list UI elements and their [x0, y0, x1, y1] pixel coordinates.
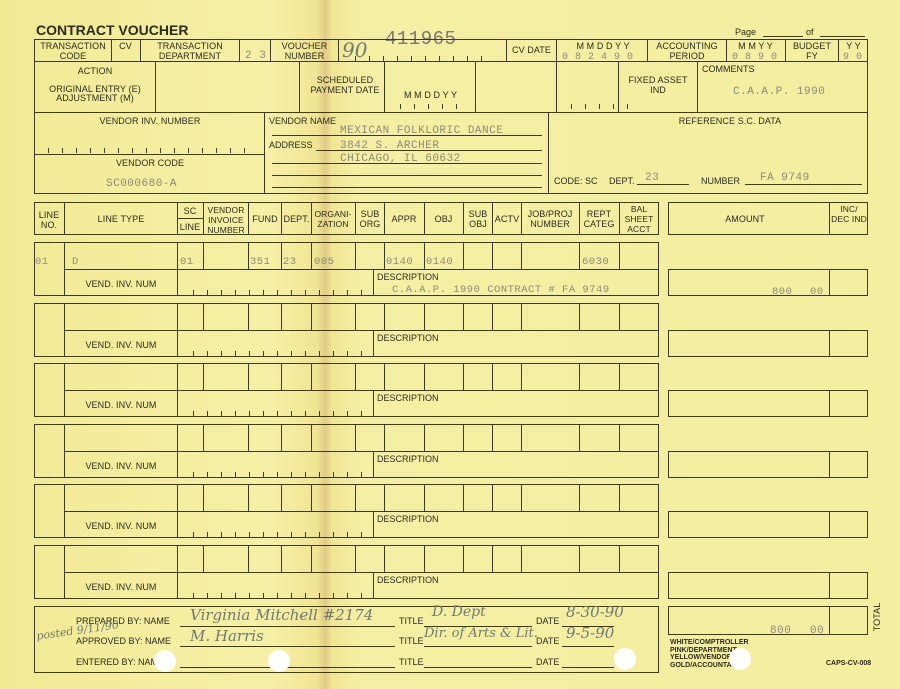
- transaction-code-label: TRANSACTION CODE: [36, 41, 110, 61]
- header-actv: ACTV: [493, 214, 521, 224]
- approved-date-value: 9-5-90: [566, 624, 614, 642]
- vend-inv-num-label: VEND. INV. NUM: [66, 400, 176, 410]
- scheduled-payment-date-format: M M D D Y Y: [388, 90, 473, 100]
- amount-dollars[interactable]: 800: [772, 286, 792, 298]
- scheduled-payment-date-field[interactable]: [400, 104, 470, 109]
- prepared-title-value: D. Dept: [432, 604, 486, 620]
- header-organization: ORGANI- ZATION: [312, 209, 354, 229]
- fixed-asset-ind-label: FIXED ASSET IND: [622, 75, 694, 95]
- inc-dec-field[interactable]: [832, 333, 866, 355]
- scheduled-payment-date-label: SCHEDULED PAYMENT DATE: [305, 75, 385, 95]
- inc-dec-field[interactable]: [832, 575, 866, 597]
- description-field[interactable]: C.A.A.P. 1990 CONTRACT # FA 9749: [392, 284, 610, 296]
- header-fund: FUND: [249, 214, 281, 224]
- header-line-no: LINE NO.: [35, 210, 63, 230]
- vendor-code-label: VENDOR CODE: [36, 158, 264, 168]
- header-rept-categ: REPT CATEG: [580, 209, 618, 229]
- header-obj: OBJ: [425, 214, 462, 224]
- cell-line-no[interactable]: 01: [35, 256, 49, 268]
- description-label: DESCRIPTION: [377, 333, 439, 343]
- vend-inv-num-label: VEND. INV. NUM: [66, 582, 176, 592]
- vend-inv-num-field[interactable]: [193, 593, 363, 598]
- vend-inv-num-field[interactable]: [193, 351, 363, 356]
- vendor-code-field[interactable]: SC000680-A: [106, 178, 177, 190]
- vendor-inv-number-label: VENDOR INV. NUMBER: [36, 116, 264, 126]
- header-sc-line: LINE: [178, 222, 202, 232]
- address-label: ADDRESS: [269, 140, 313, 150]
- description-label: DESCRIPTION: [377, 575, 439, 585]
- address-line4-field[interactable]: [272, 187, 542, 188]
- entered-title-label: TITLE: [399, 657, 424, 667]
- approved-title-field[interactable]: [424, 646, 532, 647]
- accounting-period-label: ACCOUNTING PERIOD: [649, 41, 725, 61]
- approved-by-name-field[interactable]: [180, 646, 395, 647]
- total-dollars: 800: [770, 625, 791, 637]
- cv-date-format: M M D D Y Y: [558, 41, 648, 51]
- page-label: Page: [735, 27, 756, 37]
- form-title: CONTRACT VOUCHER: [36, 22, 188, 38]
- header-dept: DEPT.: [282, 214, 311, 224]
- action-label: ACTION: [36, 66, 154, 76]
- cell-obj[interactable]: 0140: [426, 256, 453, 268]
- page-number-field[interactable]: [763, 36, 803, 37]
- approved-by-label: APPROVED BY: NAME: [76, 636, 171, 646]
- approved-title-label: TITLE: [399, 636, 424, 646]
- entered-by-label: ENTERED BY: NAME: [76, 657, 164, 667]
- header-sc: SC: [178, 206, 202, 216]
- form-code: CAPS-CV-008: [826, 660, 871, 667]
- budget-fy-format: Y Y: [839, 41, 868, 51]
- total-box: [668, 606, 868, 635]
- total-cents: 00: [810, 625, 824, 637]
- inc-dec-field[interactable]: [832, 272, 866, 294]
- cell-line-type[interactable]: D: [72, 256, 79, 268]
- approved-date-label: DATE: [536, 636, 559, 646]
- fixed-asset-field[interactable]: [571, 104, 631, 109]
- punch-hole: [268, 650, 290, 672]
- header-line-type: LINE TYPE: [66, 214, 176, 224]
- description-label: DESCRIPTION: [377, 454, 439, 464]
- header-inc-dec-ind: INC/ DEC IND: [830, 204, 868, 224]
- cell-fund[interactable]: 351: [250, 256, 270, 268]
- vendor-inv-number-field[interactable]: [48, 148, 253, 153]
- action-field[interactable]: [160, 65, 300, 109]
- comments-field[interactable]: C.A.A.P. 1990: [733, 86, 825, 98]
- cv-date-label: CV DATE: [508, 45, 555, 55]
- transaction-department-label: TRANSACTION DEPARTMENT: [142, 41, 238, 61]
- description-label: DESCRIPTION: [377, 514, 439, 524]
- header-vendor-invoice-number: VENDOR INVOICE NUMBER: [204, 205, 248, 235]
- approved-date-field[interactable]: [562, 646, 614, 647]
- inc-dec-field[interactable]: [832, 454, 866, 476]
- vend-inv-num-field[interactable]: [193, 290, 363, 295]
- cell-appr[interactable]: 0140: [386, 256, 413, 268]
- code-sc-label: CODE: SC: [554, 176, 598, 186]
- prepared-date-label: DATE: [536, 616, 559, 626]
- prepared-date-value: 8-30-90: [566, 603, 624, 621]
- vendor-name-label: VENDOR NAME: [269, 116, 336, 126]
- punch-hole: [154, 650, 176, 672]
- copy-white: WHITE/COMPTROLLER: [670, 639, 749, 647]
- header-sub-org: SUB ORG: [356, 209, 384, 229]
- vend-inv-num-label: VEND. INV. NUM: [66, 521, 176, 531]
- vend-inv-num-field[interactable]: [193, 411, 363, 416]
- header-bal-sheet-acct: BAL SHEET ACCT: [620, 204, 658, 234]
- vend-inv-num-label: VEND. INV. NUM: [66, 461, 176, 471]
- cell-rept-categ[interactable]: 6030: [582, 256, 609, 268]
- transaction-code-value: CV: [112, 41, 139, 51]
- number-label: NUMBER: [701, 176, 740, 186]
- amount-cents[interactable]: 00: [810, 286, 824, 298]
- number-field[interactable]: FA 9749: [760, 172, 810, 184]
- description-label: DESCRIPTION: [377, 393, 439, 403]
- inc-dec-field[interactable]: [832, 393, 866, 415]
- reference-sc-data-label: REFERENCE S.C. DATA: [600, 116, 860, 126]
- vend-inv-num-label: VEND. INV. NUM: [66, 279, 176, 289]
- approved-title-value: Dir. of Arts & Lit.: [424, 626, 538, 641]
- dept-field[interactable]: 23: [645, 172, 659, 184]
- header-job-proj-number: JOB/PROJ NUMBER: [522, 209, 578, 229]
- punch-hole: [614, 648, 636, 670]
- entered-date-label: DATE: [536, 657, 559, 667]
- vend-inv-num-field[interactable]: [193, 532, 363, 537]
- entered-date-field[interactable]: [562, 667, 614, 668]
- header-appr: APPR: [385, 214, 423, 224]
- action-adjustment: ADJUSTMENT (M): [36, 93, 154, 103]
- entered-title-field[interactable]: [424, 667, 532, 668]
- comments-label: COMMENTS: [702, 64, 755, 74]
- prepared-by-signature: Virginia Mitchell #2174: [190, 606, 373, 624]
- prepared-title-label: TITLE: [399, 616, 424, 626]
- total-label: TOTAL: [872, 602, 882, 632]
- description-label: DESCRIPTION: [377, 272, 439, 282]
- cell-organization[interactable]: 005: [314, 256, 334, 268]
- dept-label: DEPT.: [609, 176, 635, 186]
- punch-hole: [729, 648, 751, 670]
- of-label: of: [806, 27, 814, 37]
- cell-sc-line[interactable]: 01: [180, 256, 194, 268]
- vend-inv-num-label: VEND. INV. NUM: [66, 340, 176, 350]
- vend-inv-num-field[interactable]: [193, 472, 363, 477]
- cell-dept[interactable]: 23: [283, 256, 297, 268]
- approved-by-signature: M. Harris: [190, 627, 264, 645]
- header-sub-obj: SUB OBJ: [464, 209, 492, 229]
- page-total-field[interactable]: [820, 36, 865, 37]
- header-amount: AMOUNT: [670, 214, 820, 224]
- inc-dec-field[interactable]: [832, 514, 866, 536]
- address-line3-field[interactable]: [272, 175, 542, 176]
- accounting-period-format: M M Y Y: [728, 41, 783, 51]
- budget-fy-label: BUDGET FY: [787, 41, 837, 61]
- voucher-number-label: VOUCHER NUMBER: [272, 41, 337, 61]
